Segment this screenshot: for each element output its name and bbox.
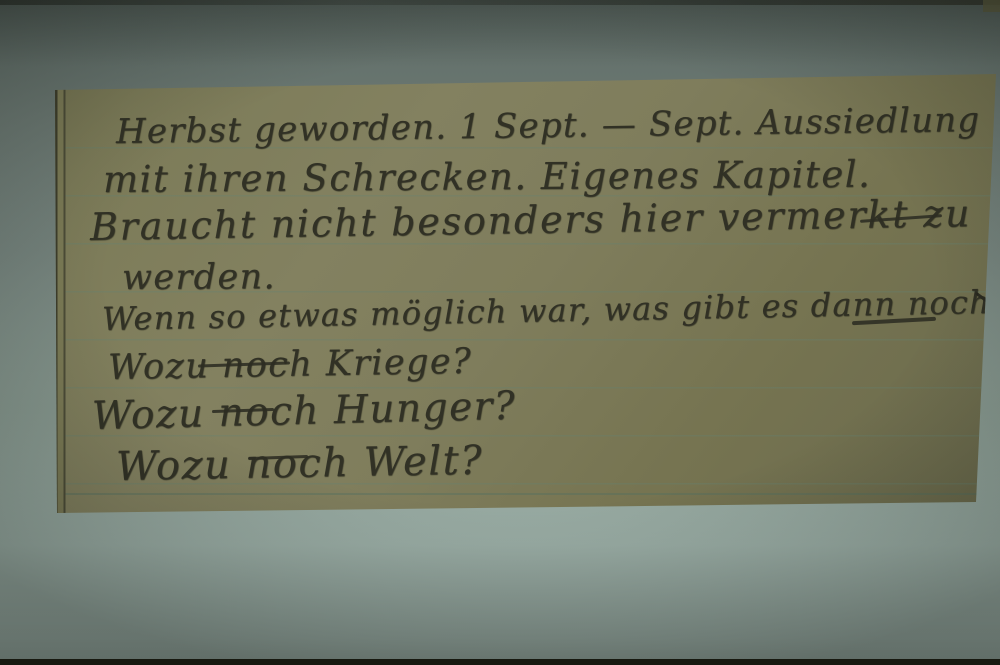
handwritten-line-6: Wozu noch Kriege? — [108, 342, 473, 388]
film-edge-bottom — [0, 659, 1000, 665]
manuscript-paper: Herbst geworden. 1 Sept. — Sept. Aussied… — [0, 0, 1000, 665]
handwritten-line-1: Herbst geworden. 1 Sept. — Sept. Aussied… — [116, 100, 981, 152]
corner-fragment — [983, 0, 1000, 12]
film-edge-top — [0, 0, 1000, 5]
handwritten-line-8: Wozu noch Welt? — [116, 438, 484, 490]
handwritten-line-4: werden. — [122, 257, 276, 298]
paper-left-edge — [55, 70, 67, 520]
ruled-line-bottom — [55, 493, 990, 495]
photograph: Herbst geworden. 1 Sept. — Sept. Aussied… — [0, 0, 1000, 665]
